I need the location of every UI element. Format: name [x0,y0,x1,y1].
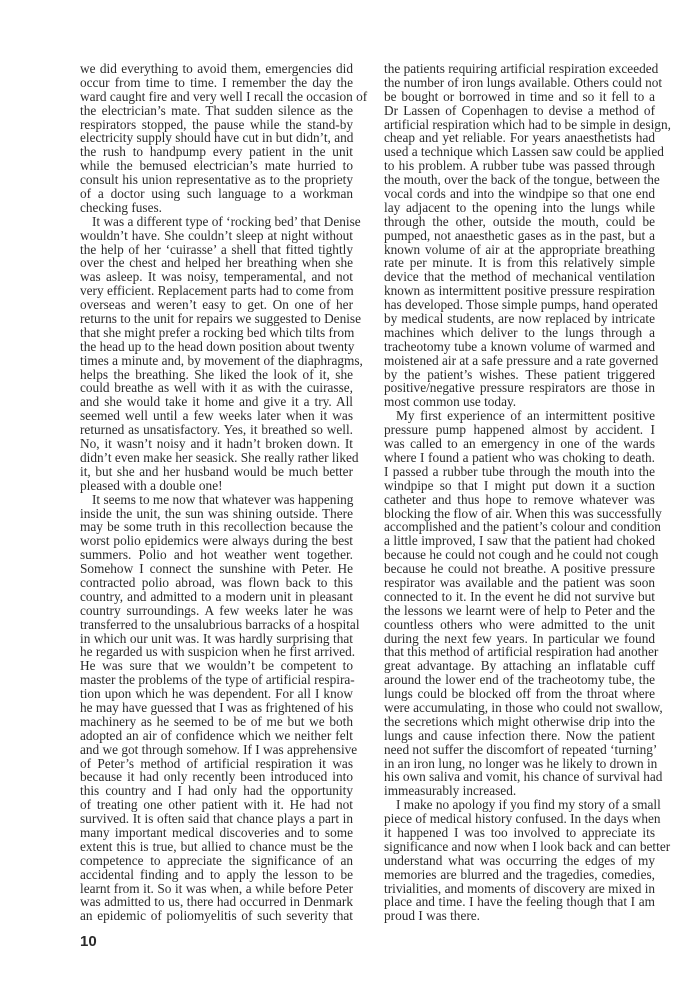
text-line: used a technique which Lassen saw could … [384,145,655,159]
text-line: be bought or borrowed in time and so it … [384,90,655,104]
text-line: It was a different type of ‘rocking bed’… [80,215,353,229]
text-line: known as intermittent positive pressure … [384,284,655,298]
text-line: moistened air at a safe pressure and a r… [384,354,655,368]
text-line: machines which deliver to the lungs thro… [384,326,655,340]
text-line: It seems to me now that whatever was hap… [80,493,353,507]
text-line: lay adjacent to the opening into the lun… [384,201,655,215]
text-line: of Peter’s method of artificial respirat… [80,757,353,771]
text-line: an epidemic of poliomyelitis of such sev… [80,909,353,923]
text-line: electricity supply should have cut in bu… [80,131,353,145]
text-line: My first experience of an intermittent p… [384,409,655,423]
text-line: connected to it. In the event he did not… [384,590,655,604]
book-page: we did everything to avoid them, emergen… [0,0,690,987]
text-line: contracted polio abroad, was flown back … [80,576,353,590]
text-line: occur from time to time. I remember the … [80,76,353,90]
text-line: trivialities, and moments of discovery a… [384,882,655,896]
text-line: returns to the unit for repairs we sugge… [80,312,353,326]
text-line: because he could not breathe. A positive… [384,562,655,576]
text-line: very efficient. Replacement parts had to… [80,284,353,298]
text-line: through the other, outside the mouth, co… [384,215,655,229]
text-line: that she might prefer a rocking bed whic… [80,326,353,340]
text-line: it happened I was too involved to apprec… [384,826,655,840]
text-line: great advantage. By attaching an inflata… [384,659,655,673]
text-line: positive/negative pressure respirators a… [384,381,655,395]
text-line: the mouth, over the back of the tongue, … [384,173,655,187]
text-line: has developed. Those simple pumps, hand … [384,298,655,312]
text-line: tracheotomy tube a known volume of warme… [384,340,655,354]
text-line: returned as unsatisfactory. Yes, it brea… [80,423,353,437]
text-line: extent this is true, but allied to chanc… [80,840,353,854]
text-line: in an iron lung, no longer was he likely… [384,757,655,771]
text-line: countless others who were admitted to th… [384,618,655,632]
text-line: survived. It is often said that chance p… [80,812,353,826]
text-line: while the bemused electrician’s mate hur… [80,159,353,173]
text-line: blocking the flow of air. When this was … [384,507,655,521]
text-line: many important medical discoveries and t… [80,826,353,840]
text-line: pleased with a double one! [80,479,353,493]
text-line: memories are blurred and the tragedies, … [384,868,655,882]
text-line: pressure pump happened almost by acciden… [384,423,655,437]
text-line: No, it wasn’t noisy and it hadn’t broken… [80,437,353,451]
text-line: checking fuses. [80,201,353,215]
text-line: the head up to the head down position ab… [80,340,353,354]
text-line: didn’t even make her seasick. She really… [80,451,353,465]
text-line: transferred to the unsalubrious barracks… [80,618,353,632]
page-number: 10 [80,933,97,950]
text-line: and she would take it home and give it a… [80,395,353,409]
text-line: to his problem. A rubber tube was passed… [384,159,655,173]
text-line: cheap and yet reliable. For years anaest… [384,131,655,145]
right-text-column: the patients requiring artificial respir… [384,62,655,923]
text-line: where I found a patient who was choking … [384,451,655,465]
text-line: Dr Lassen of Copenhagen to devise a meth… [384,104,655,118]
text-line: windpipe so that I might put down it a s… [384,479,655,493]
text-line: the electrician’s mate. That sudden sile… [80,104,353,118]
text-line: country, and admitted to a modern unit i… [80,590,353,604]
text-line: country surroundings. A few weeks later … [80,604,353,618]
text-line: that this method of artificial respirati… [384,645,655,659]
text-line: helps the breathing. She liked the look … [80,368,353,382]
text-line: around the lower end of the tracheotomy … [384,673,655,687]
text-line: consult his union representative as to t… [80,173,353,187]
text-line: and we got through somehow. If I was app… [80,743,353,757]
text-line: lungs and cause infection there. Now the… [384,729,655,743]
text-line: inside the unit, the sun was shining out… [80,507,353,521]
text-line: ward caught fire and very well I recall … [80,90,353,104]
text-line: the help of her ‘cuirasse’ a shell that … [80,243,353,257]
text-line: this country and I had only had the oppo… [80,784,353,798]
text-line: during the next few years. In particular… [384,632,655,646]
text-line: tion upon which he was dependent. For al… [80,687,353,701]
text-line: master the problems of the type of artif… [80,673,353,687]
text-line: it, but she and her husband would be muc… [80,465,353,479]
text-line: rate per minute. It is from this relativ… [384,256,655,270]
text-line: he regarded us with suspicion when he fi… [80,645,353,659]
text-line: was called to an emergency in one of the… [384,437,655,451]
text-line: over the chest and helped her breathing … [80,256,353,270]
text-line: pumped, not anaesthetic gases as in the … [384,229,655,243]
text-line: of a doctor using such language to a wor… [80,187,353,201]
text-line: the secretions which might otherwise dri… [384,715,655,729]
text-line: proud I was there. [384,909,655,923]
text-line: most common use today. [384,395,655,409]
text-line: in which our unit was. It was hardly sur… [80,632,353,646]
text-line: device that the method of mechanical ven… [384,270,655,284]
text-line: of treating one other patient with it. H… [80,798,353,812]
text-line: He was sure that we wouldn’t be competen… [80,659,353,673]
text-line: may be some truth in this recollection b… [80,520,353,534]
text-line: was asleep. It was noisy, temperamental,… [80,270,353,284]
text-line: a little improved, I saw that the patien… [384,534,655,548]
text-line: his own saliva and vomit, his chance of … [384,770,655,784]
text-line: machinery as he seemed to be of me but w… [80,715,353,729]
text-line: overseas and weren’t easy to get. On one… [80,298,353,312]
text-line: the lessons we learnt were of help to Pe… [384,604,655,618]
text-line: need not suffer the discomfort of repeat… [384,743,655,757]
text-line: I passed a rubber tube through the mouth… [384,465,655,479]
text-line: the patients requiring artificial respir… [384,62,655,76]
text-line: piece of medical history confused. In th… [384,812,655,826]
text-line: wouldn’t have. She couldn’t sleep at nig… [80,229,353,243]
text-line: because it had only recently been introd… [80,770,353,784]
text-line: because he could not cough and he could … [384,548,655,562]
text-line: immeasurably increased. [384,784,655,798]
text-line: accidental finding and to apply the less… [80,868,353,882]
text-line: Somehow I connect the sunshine with Pete… [80,562,353,576]
text-line: we did everything to avoid them, emergen… [80,62,353,76]
text-line: known volume of air at the appropriate b… [384,243,655,257]
text-line: he may have guessed that I was as fright… [80,701,353,715]
text-line: times a minute and, by movement of the d… [80,354,353,368]
text-line: was admitted to us, there had occurred i… [80,895,353,909]
text-line: competence to appreciate the significanc… [80,854,353,868]
text-line: could breathe as well with it as with th… [80,381,353,395]
text-line: accomplished and the patient’s colour an… [384,520,655,534]
text-line: worst polio epidemics were always during… [80,534,353,548]
text-line: summers. Polio and hot weather went toge… [80,548,353,562]
text-line: lungs could be blocked off from the thro… [384,687,655,701]
text-line: respirators stopped, the pause while the… [80,118,353,132]
text-line: I make no apology if you find my story o… [384,798,655,812]
text-line: adopted an air of confidence which we ne… [80,729,353,743]
text-line: the rush to handpump every patient in th… [80,145,353,159]
text-line: were accumulating, in those who could no… [384,701,655,715]
text-line: by medical students, are now replaced by… [384,312,655,326]
text-line: learnt from it. So it was when, a while … [80,882,353,896]
text-line: catheter and thus hope to remove whateve… [384,493,655,507]
text-line: by the patient’s wishes. These patient t… [384,368,655,382]
text-line: vocal cords and into the windpipe so tha… [384,187,655,201]
text-line: place and time. I have the feeling thoug… [384,895,655,909]
text-line: artificial respiration which had to be s… [384,118,655,132]
text-line: respirator was available and the patient… [384,576,655,590]
left-text-column: we did everything to avoid them, emergen… [80,62,353,923]
text-line: significance and now when I look back an… [384,840,655,854]
text-line: the number of iron lungs available. Othe… [384,76,655,90]
text-line: seemed well until a few weeks later when… [80,409,353,423]
text-line: understand what was occurring the edges … [384,854,655,868]
